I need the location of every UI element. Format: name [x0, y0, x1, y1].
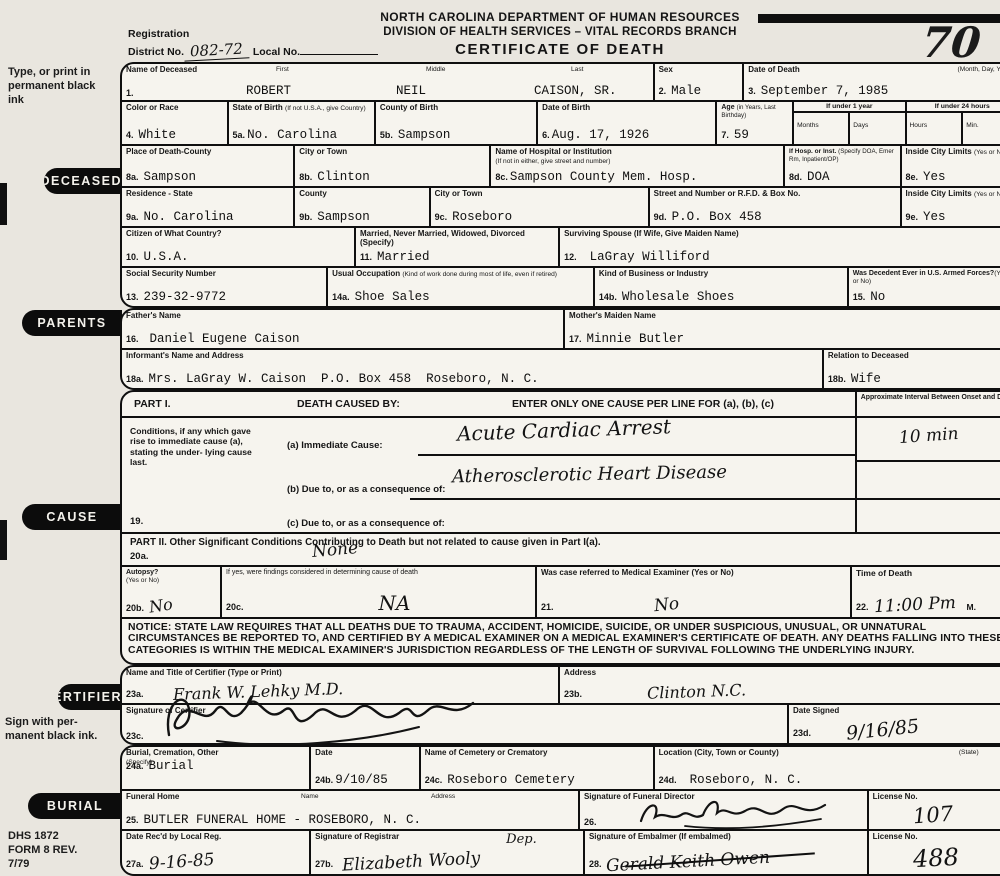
citizen-label: Citizen of What Country? — [126, 230, 350, 239]
in9e-label: Inside City Limits — [906, 189, 972, 198]
interval-line — [857, 460, 1000, 462]
enter-only-label: ENTER ONLY ONE CAUSE PER LINE FOR (a), (… — [512, 398, 774, 410]
tod-num: 22. — [856, 602, 869, 612]
local-no-blank — [300, 42, 378, 55]
field-if-hosp: If Hosp. or Inst. (Specify DOA, Emer Rm,… — [785, 146, 902, 186]
father-value: Daniel Eugene Caison — [150, 332, 300, 346]
location-label: Location (City, Town or County) — [659, 749, 779, 758]
date-received-value: 9-16-85 — [148, 850, 215, 874]
name-last-header: Last — [571, 66, 583, 73]
field-findings: If yes, were findings considered in dete… — [222, 567, 537, 617]
death-caused-by-label: DEATH CAUSED BY: — [297, 398, 400, 410]
sign-note: Sign with per- manent black ink. — [5, 716, 113, 744]
field-certifier-name: Name and Title of Certifier (Type or Pri… — [122, 667, 560, 703]
dob-value: Aug. 17, 1926 — [552, 128, 650, 142]
res-city-label: City or Town — [435, 190, 644, 199]
dob-label: Date of Birth — [542, 104, 711, 113]
age-num: 7. — [721, 130, 729, 140]
field-residence-state: Residence - State 9a.No. Carolina — [122, 188, 295, 226]
date-received-label: Date Rec'd by Local Reg. — [126, 833, 305, 842]
part1-label: PART I. — [134, 398, 171, 410]
field-date-of-birth: Date of Birth 6.Aug. 17, 1926 — [538, 102, 717, 144]
sob-num: 5a. — [233, 130, 246, 140]
autopsy-label: Autopsy? — [126, 569, 158, 576]
burial-date-num: 24b. — [315, 775, 333, 785]
part2-divider — [122, 532, 1000, 534]
cemetery-num: 24c. — [425, 775, 443, 785]
res-county-label: County — [299, 190, 424, 199]
res-state-value: No. Carolina — [144, 210, 234, 224]
section-parents: Father's Name 16.Daniel Eugene Caison Mo… — [120, 308, 1000, 390]
field-place-city: City or Town 8b.Clinton — [295, 146, 491, 186]
tab-certifier: CERTIFIER — [58, 684, 128, 710]
ssn-label: Social Security Number — [126, 270, 322, 279]
dod-label: Date of Death — [748, 66, 800, 75]
field-date-of-death: Date of Death (Month, Day, Year) 3.Septe… — [744, 64, 1000, 100]
hosp-label: Name of Hospital or Institution — [495, 147, 611, 156]
occ-paren: (Kind of work done during most of life, … — [402, 271, 557, 278]
cob-label: County of Birth — [380, 104, 532, 113]
registrar-num: 27b. — [315, 859, 333, 869]
hours-header: Hours — [910, 122, 928, 129]
certifier-name-label: Name and Title of Certifier (Type or Pri… — [126, 669, 554, 678]
bus-num: 14b. — [599, 292, 617, 302]
field-inside-city-8e: Inside City Limits (Yes or No) 8e.Yes — [902, 146, 1000, 186]
hosp-paren: (If not in either, give street and numbe… — [495, 158, 610, 165]
embalmer-license-value: 488 — [912, 843, 959, 873]
findings-num: 20c. — [226, 602, 244, 612]
relation-num: 18b. — [828, 374, 846, 384]
autopsy-paren: (Yes or No) — [126, 577, 159, 584]
field-time-of-death: Time of Death 22.11:00 PmM. — [852, 567, 1000, 617]
cemetery-value: Roseboro Cemetery — [447, 773, 575, 787]
funeral-home-address-header: Address — [431, 793, 455, 800]
citizen-value: U.S.A. — [144, 250, 189, 264]
occ-num: 14a. — [332, 292, 350, 302]
occ-value: Shoe Sales — [355, 290, 430, 304]
registrar-value: Elizabeth Wooly — [342, 848, 481, 875]
sob-paren: (If not U.S.A., give Country) — [285, 105, 366, 112]
field-burial-location: Location (City, Town or County) (State) … — [655, 747, 1000, 789]
hosp-value: Sampson County Mem. Hosp. — [510, 170, 698, 184]
res-street-num: 9d. — [654, 212, 667, 222]
ssn-num: 13. — [126, 292, 139, 302]
field-county-of-birth: County of Birth 5b.Sampson — [376, 102, 538, 144]
pod-num: 8a. — [126, 172, 139, 182]
tab-burial: BURIAL — [28, 793, 122, 819]
field-burial-type: Burial, Cremation, Other(Specify) 24a.Bu… — [122, 747, 311, 789]
dod-paren: (Month, Day, Year) — [958, 66, 1000, 75]
field-inside-city-9e: Inside City Limits (Yes or No) 9e.Yes — [902, 188, 1000, 226]
field-relation: Relation to Deceased 18b.Wife — [824, 350, 1000, 388]
field-name-of-deceased: Name of Deceased First Middle Last 1. RO… — [122, 64, 655, 100]
field-certifier-address: Address 23b.Clinton N.C. — [560, 667, 1000, 703]
ifhosp-label: If Hosp. or Inst. — [789, 148, 836, 155]
director-license-label: License No. — [873, 793, 1000, 802]
sex-num: 2. — [659, 86, 667, 96]
in9e-paren: (Yes or No) — [974, 191, 1000, 198]
interval-line — [857, 498, 1000, 500]
forces-label: Was Decedent Ever in U.S. Armed Forces? — [853, 270, 994, 277]
local-no-label: Local No. — [253, 46, 300, 58]
father-label: Father's Name — [126, 312, 559, 321]
type-note: Type, or print in permanent black ink — [8, 66, 108, 107]
referred-num: 21. — [541, 602, 554, 612]
certifier-sig-label: Signature of Certifier — [126, 707, 783, 716]
relation-value: Wife — [851, 372, 881, 386]
field-embalmer: Signature of Embalmer (If embalmed) 28.G… — [585, 831, 869, 874]
interval-column: Approximate Interval Between Onset and D… — [855, 392, 1000, 532]
ifhosp-num: 8d. — [789, 172, 802, 182]
res-county-value: Sampson — [317, 210, 370, 224]
death-certificate-scan: { "meta": { "form_number": "70" }, "head… — [0, 0, 1000, 876]
field-autopsy: Autopsy?(Yes or No) 20b.No — [122, 567, 222, 617]
referred-label: Was case referred to Medical Examiner (Y… — [541, 569, 846, 578]
district-no-label: District No. — [128, 46, 184, 58]
burial-type-value: Burial — [149, 759, 194, 773]
section-burial: Burial, Cremation, Other(Specify) 24a.Bu… — [120, 745, 1000, 876]
cob-value: Sampson — [398, 128, 451, 142]
mother-label: Mother's Maiden Name — [569, 312, 1000, 321]
notice-text: NOTICE: STATE LAW REQUIRES THAT ALL DEAT… — [122, 617, 1000, 663]
cause-b-label: (b) Due to, or as a consequence of: — [287, 484, 445, 495]
autopsy-row: Autopsy?(Yes or No) 20b.No If yes, were … — [122, 565, 1000, 617]
pod-label: Place of Death-County — [126, 148, 289, 157]
location-num: 24d. — [659, 775, 677, 785]
sex-value: Male — [671, 84, 701, 98]
certifier-address-label: Address — [564, 669, 1000, 678]
field-ssn: Social Security Number 13.239-32-9772 — [122, 268, 328, 306]
cause-b-line — [410, 498, 855, 500]
field-hospital: Name of Hospital or Institution(If not i… — [491, 146, 785, 186]
field-informant: Informant's Name and Address 18a.Mrs. La… — [122, 350, 824, 388]
occ-label: Usual Occupation — [332, 269, 400, 278]
field-certifier-signature: Signature of Certifier 23c. — [122, 705, 789, 743]
citizen-num: 10. — [126, 252, 139, 262]
in8e-label: Inside City Limits — [906, 147, 972, 156]
tod-value: 11:00 Pm — [873, 593, 956, 617]
certifier-address-value: Clinton N.C. — [647, 680, 747, 702]
tod-suffix: M. — [966, 602, 975, 612]
res-street-label: Street and Number or R.F.D. & Box No. — [654, 190, 896, 199]
marital-label: Married, Never Married, Widowed, Divorce… — [360, 230, 554, 248]
cause-a-line — [418, 454, 855, 456]
race-label: Color or Race — [126, 104, 223, 113]
registrar-dep: Dep. — [506, 832, 537, 847]
tod-label: Time of Death — [856, 569, 1000, 579]
informant-num: 18a. — [126, 374, 144, 384]
marital-num: 11. — [360, 252, 372, 262]
forces-num: 15. — [853, 292, 866, 302]
field-burial-date: Date 24b.9/10/85 — [311, 747, 421, 789]
funeral-home-num: 25. — [126, 815, 139, 825]
dob-num: 6. — [542, 130, 550, 140]
race-num: 4. — [126, 130, 134, 140]
field-marital: Married, Never Married, Widowed, Divorce… — [356, 228, 560, 266]
sex-label: Sex — [659, 66, 739, 75]
spouse-value: LaGray Williford — [590, 250, 710, 264]
autopsy-num: 20b. — [126, 603, 144, 613]
pod-city-label: City or Town — [299, 148, 485, 157]
findings-label: If yes, were findings considered in dete… — [226, 569, 531, 577]
field-race: Color or Race 4.White — [122, 102, 229, 144]
field-registrar: Signature of Registrar Dep. 27b.Elizabet… — [311, 831, 585, 874]
registration-block: Registration District No. 082-72 Local N… — [128, 28, 378, 60]
under24-label: If under 24 hours — [907, 102, 1000, 111]
registrar-label: Signature of Registrar — [315, 833, 579, 842]
part2-num: 20a. — [130, 551, 149, 562]
field-business: Kind of Business or Industry 14b.Wholesa… — [595, 268, 849, 306]
certifier-sig-num: 23c. — [126, 731, 144, 741]
scan-artifact — [0, 520, 7, 560]
director-num: 26. — [584, 817, 597, 827]
field-occupation: Usual Occupation (Kind of work done duri… — [328, 268, 595, 306]
informant-label: Informant's Name and Address — [126, 352, 818, 361]
res-state-num: 9a. — [126, 212, 139, 222]
embalmer-label: Signature of Embalmer (If embalmed) — [589, 833, 863, 842]
field-date-received: Date Rec'd by Local Reg. 27a.9-16-85 — [122, 831, 311, 874]
field-residence-city: City or Town 9c.Roseboro — [431, 188, 650, 226]
field-mother: Mother's Maiden Name 17.Minnie Butler — [565, 310, 1000, 348]
field-referred: Was case referred to Medical Examiner (Y… — [537, 567, 852, 617]
field-spouse: Surviving Spouse (If Wife, Give Maiden N… — [560, 228, 1000, 266]
marital-value: Married — [377, 250, 430, 264]
interval-a-value: 10 min — [898, 424, 959, 448]
cemetery-label: Name of Cemetery or Crematory — [425, 749, 649, 758]
tab-deceased: DECEASED — [44, 168, 130, 194]
dod-value: September 7, 1985 — [761, 84, 889, 98]
district-no-value: 082-72 — [184, 39, 250, 61]
burial-type-label: Burial, Cremation, Other — [126, 748, 218, 757]
field-residence-street: Street and Number or R.F.D. & Box No. 9d… — [650, 188, 902, 226]
cob-num: 5b. — [380, 130, 393, 140]
interval-label: Approximate Interval Between Onset and D… — [857, 392, 1000, 402]
cause-a-value: Acute Cardiac Arrest — [457, 414, 672, 445]
res-county-num: 9b. — [299, 212, 312, 222]
in9e-value: Yes — [923, 210, 946, 224]
race-value: White — [139, 128, 177, 142]
pod-city-value: Clinton — [317, 170, 370, 184]
pod-city-num: 8b. — [299, 172, 312, 182]
funeral-home-label: Funeral Home — [126, 793, 179, 802]
date-signed-label: Date Signed — [793, 707, 1000, 716]
location-value: Roseboro, N. C. — [690, 773, 803, 787]
under1-label: If under 1 year — [794, 102, 904, 111]
field-funeral-home: Funeral Home Name Address 25.BUTLER FUNE… — [122, 791, 580, 829]
name-last-value: CAISON, SR. — [534, 84, 617, 98]
mother-num: 17. — [569, 334, 582, 344]
mother-value: Minnie Butler — [587, 332, 685, 346]
field-under-1-year: If under 1 year Months Days — [794, 102, 906, 144]
in8e-value: Yes — [923, 170, 946, 184]
field-age: Age (in Years, Last Birthday) 7.59 — [717, 102, 794, 144]
cause-a-label: (a) Immediate Cause: — [287, 440, 383, 451]
in9e-num: 9e. — [906, 212, 919, 222]
tab-parents: PARENTS — [22, 310, 122, 336]
sob-label: State of Birth — [233, 103, 283, 112]
director-label: Signature of Funeral Director — [584, 793, 863, 802]
field-armed-forces: Was Decedent Ever in U.S. Armed Forces?(… — [849, 268, 1000, 306]
field-sex: Sex 2.Male — [655, 64, 745, 100]
date-signed-value: 9/16/85 — [845, 715, 920, 745]
name-first-value: ROBERT — [246, 84, 291, 98]
res-city-value: Roseboro — [452, 210, 512, 224]
certifier-address-num: 23b. — [564, 689, 582, 699]
field-residence-county: County 9b.Sampson — [295, 188, 430, 226]
name-middle-value: NEIL — [396, 84, 426, 98]
certifier-name-value: Frank W. Lehky M.D. — [172, 679, 343, 704]
field-director-license: License No. 107 — [869, 791, 1000, 829]
days-header: Days — [853, 122, 868, 129]
section-deceased: Name of Deceased First Middle Last 1. RO… — [120, 62, 1000, 308]
name-num: 1. — [126, 88, 134, 98]
res-street-value: P.O. Box 458 — [672, 210, 762, 224]
months-header: Months — [797, 122, 819, 129]
in8e-num: 8e. — [906, 172, 919, 182]
spouse-num: 12. — [564, 252, 577, 262]
name-label: Name of Deceased — [126, 66, 197, 75]
director-license-value: 107 — [912, 802, 954, 829]
forces-value: No — [870, 290, 885, 304]
spouse-label: Surviving Spouse (If Wife, Give Maiden N… — [564, 230, 1000, 239]
res-state-label: Residence - State — [126, 190, 289, 199]
burial-type-num: 24a. — [126, 761, 144, 771]
certifier-name-num: 23a. — [126, 689, 144, 699]
pod-value: Sampson — [144, 170, 197, 184]
field-embalmer-license: License No. 488 — [869, 831, 1000, 874]
funeral-home-name-header: Name — [301, 793, 319, 800]
in8e-paren: (Yes or No) — [974, 149, 1000, 156]
name-middle-header: Middle — [426, 66, 445, 73]
dod-num: 3. — [748, 86, 756, 96]
embalmer-license-label: License No. — [873, 833, 1000, 842]
item-19: 19. — [130, 516, 143, 527]
scan-artifact — [0, 183, 7, 225]
father-num: 16. — [126, 334, 139, 344]
ifhosp-value: DOA — [807, 170, 830, 184]
section-certifier: Name and Title of Certifier (Type or Pri… — [120, 665, 1000, 745]
date-received-num: 27a. — [126, 859, 144, 869]
bus-label: Kind of Business or Industry — [599, 270, 843, 279]
section-cause: PART I. DEATH CAUSED BY: ENTER ONLY ONE … — [120, 390, 1000, 665]
field-state-of-birth: State of Birth (If not U.S.A., give Coun… — [229, 102, 376, 144]
certificate-number: 70 — [919, 18, 983, 67]
field-funeral-director: Signature of Funeral Director 26. — [580, 791, 869, 829]
autopsy-value: No — [148, 594, 174, 616]
funeral-home-value: BUTLER FUNERAL HOME - ROSEBORO, N. C. — [144, 813, 422, 827]
part2-label: PART II. Other Significant Conditions Co… — [130, 537, 890, 548]
conditions-note: Conditions, if any which gave rise to im… — [130, 426, 252, 468]
res-city-num: 9c. — [435, 212, 448, 222]
part2-value: None — [311, 538, 359, 562]
field-cemetery: Name of Cemetery or Crematory 24c.Rosebo… — [421, 747, 655, 789]
burial-date-value: 9/10/85 — [335, 773, 388, 787]
min-header: Min. — [966, 122, 978, 129]
field-place-of-death: Place of Death-County 8a.Sampson — [122, 146, 295, 186]
age-label: Age — [721, 104, 734, 111]
age-value: 59 — [734, 128, 749, 142]
burial-date-label: Date — [315, 749, 415, 758]
location-state-label: (State) — [959, 749, 979, 758]
date-signed-num: 23d. — [793, 728, 811, 738]
hosp-num: 8c. — [495, 172, 508, 182]
sob-value: No. Carolina — [247, 128, 337, 142]
field-date-signed: Date Signed 23d.9/16/85 — [789, 705, 1000, 743]
field-father: Father's Name 16.Daniel Eugene Caison — [122, 310, 565, 348]
referred-value: No — [653, 594, 680, 617]
field-under-24-hours: If under 24 hours Hours Min. — [907, 102, 1000, 144]
relation-label: Relation to Deceased — [828, 352, 1000, 361]
tab-cause: CAUSE — [22, 504, 122, 530]
embalmer-num: 28. — [589, 859, 602, 869]
registration-label: Registration — [128, 28, 378, 40]
cause-c-label: (c) Due to, or as a consequence of: — [287, 518, 445, 529]
bus-value: Wholesale Shoes — [622, 290, 735, 304]
name-first-header: First — [276, 66, 289, 73]
ssn-value: 239-32-9772 — [144, 290, 227, 304]
form-id: DHS 1872 FORM 8 REV. 7/79 — [8, 830, 88, 871]
field-citizen: Citizen of What Country? 10.U.S.A. — [122, 228, 356, 266]
cause-b-value: Atherosclerotic Heart Disease — [452, 462, 727, 488]
informant-value: Mrs. LaGray W. Caison P.O. Box 458 Roseb… — [149, 372, 539, 386]
findings-value: NA — [379, 591, 411, 615]
